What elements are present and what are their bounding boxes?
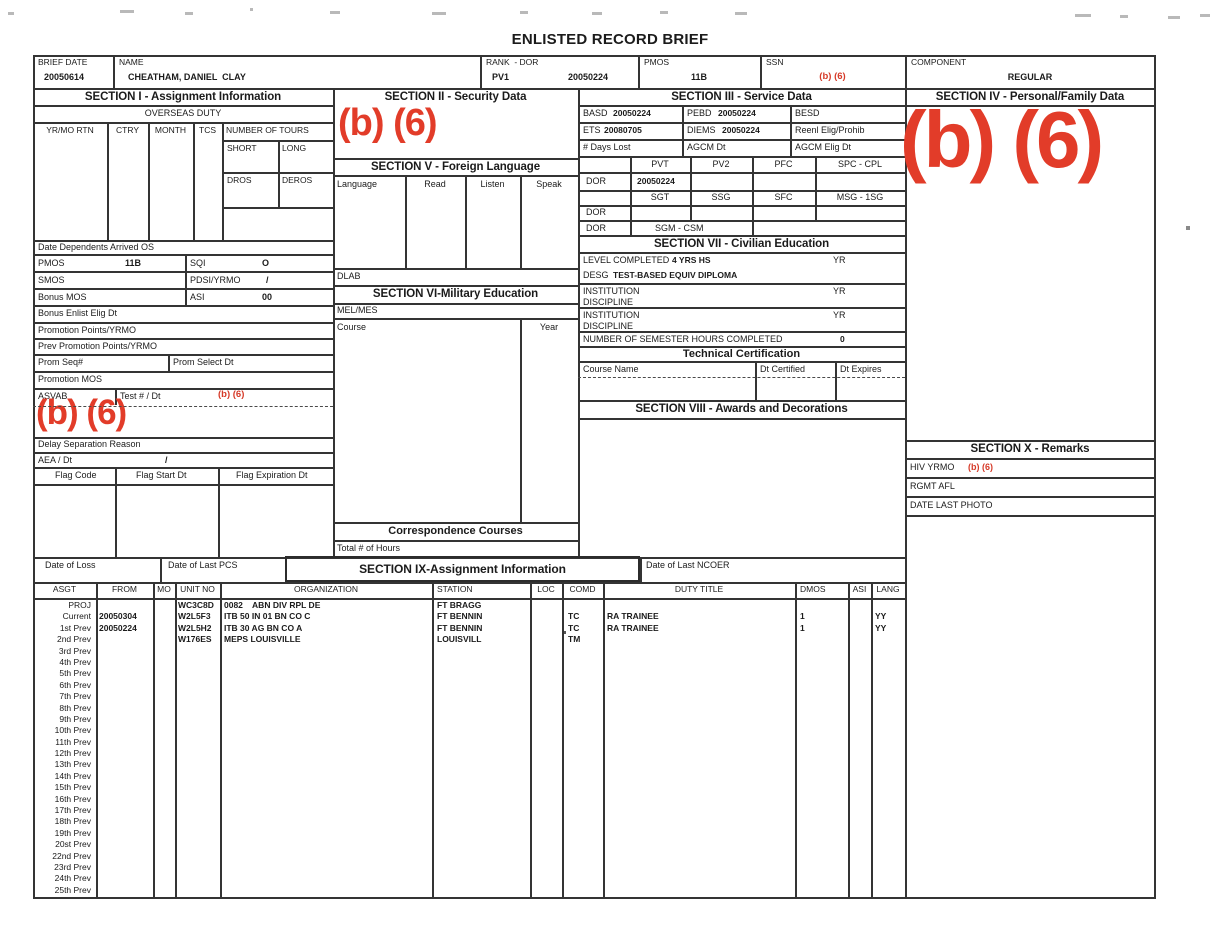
redaction-b6-section1: (b) (6)	[36, 397, 126, 429]
border-line	[848, 582, 850, 898]
discipline2-label: DISCIPLINE	[583, 321, 633, 331]
institution1-label: INSTITUTION	[583, 286, 640, 296]
border-line	[795, 582, 797, 898]
date-last-photo-label: DATE LAST PHOTO	[910, 500, 993, 510]
enlisted-record-brief-document: ENLISTED RECORD BRIEF BRIEF DATE 2005061…	[0, 0, 1213, 942]
lang-col-listen: Listen	[465, 179, 520, 189]
border-line	[33, 406, 333, 407]
border-line	[578, 139, 905, 141]
section10-title: SECTION X - Remarks	[905, 443, 1155, 456]
border-line	[578, 331, 905, 333]
scan-noise	[735, 12, 747, 15]
border-line	[578, 88, 580, 557]
rank-msg-1sg: MSG - 1SG	[815, 192, 905, 202]
border-line	[185, 254, 187, 305]
scan-noise	[1075, 14, 1091, 17]
rank-pv2: PV2	[690, 159, 752, 169]
hiv-redaction: (b) (6)	[968, 462, 993, 472]
ets-value: 20080705	[604, 126, 642, 136]
border-line	[33, 105, 333, 107]
border-line	[578, 418, 905, 420]
border-line	[33, 371, 333, 373]
redaction-b6-section2: (b) (6)	[338, 106, 437, 140]
border-line	[113, 55, 115, 88]
border-line	[33, 288, 333, 290]
redaction-b6-section4: (b) (6)	[900, 104, 1101, 176]
course-name-label: Course Name	[583, 364, 639, 374]
bonus-mos-label: Bonus MOS	[38, 292, 87, 302]
pdsi-label: PDSI/YRMO	[190, 275, 241, 285]
institution2-label: INSTITUTION	[583, 310, 640, 320]
rank-dor-label: RANK - DOR	[486, 58, 538, 68]
tech-cert-title: Technical Certification	[578, 348, 905, 361]
semester-hours-label: NUMBER OF SEMESTER HOURS COMPLETED	[583, 334, 783, 344]
s9-comd-values: TCTCTM	[568, 600, 580, 896]
border-line	[33, 88, 1155, 90]
border-line	[107, 122, 109, 240]
s9-col-lang: LANG	[871, 585, 905, 595]
pmos-label: PMOS	[644, 58, 669, 68]
border-line	[905, 515, 1155, 517]
border-line	[578, 307, 905, 309]
prom-seq-label: Prom Seq#	[38, 357, 83, 367]
s9-asgt-labels: PROJCurrent1st Prev2nd Prev3rd Prev4th P…	[35, 600, 91, 896]
border-line	[33, 467, 333, 469]
border-line	[790, 105, 792, 156]
prom-select-label: Prom Select Dt	[173, 357, 234, 367]
overseas-col-yrmo: YR/MO RTN	[33, 126, 107, 136]
rank-spc-cpl: SPC - CPL	[815, 159, 905, 169]
dlab-label: DLAB	[337, 271, 361, 281]
rank-sfc: SFC	[752, 192, 815, 202]
pmos-value: 11B	[638, 72, 760, 82]
s9-lang-values: YYYY	[875, 600, 886, 896]
border-line	[520, 318, 522, 522]
s9-col-dmos: DMOS	[800, 585, 826, 595]
agcm-elig-label: AGCM Elig Dt	[795, 142, 851, 152]
dor2-label: DOR	[586, 207, 606, 217]
lang-col-speak: Speak	[520, 179, 578, 189]
pebd-value: 20050224	[718, 109, 756, 119]
s9-col-dutytitle: DUTY TITLE	[603, 585, 795, 595]
border-line	[530, 582, 532, 898]
border-line	[33, 55, 1155, 57]
scan-noise	[432, 12, 446, 15]
border-line	[578, 172, 905, 174]
border-line	[480, 55, 482, 88]
border-line	[148, 122, 150, 240]
border-line	[33, 254, 333, 256]
asvab-redaction: (b) (6)	[218, 390, 244, 401]
aea-value: /	[165, 455, 168, 465]
border-line	[222, 207, 333, 209]
smos-label: SMOS	[38, 275, 65, 285]
page-title: ENLISTED RECORD BRIEF	[400, 31, 820, 48]
s1-pmos-value: 11B	[125, 258, 141, 268]
s9-col-asi: ASI	[848, 585, 871, 595]
border-line	[33, 897, 1155, 899]
section1-title: SECTION I - Assignment Information	[33, 91, 333, 104]
date-last-pcs-label: Date of Last PCS	[168, 560, 238, 570]
dor3-label: DOR	[586, 223, 606, 233]
overseas-col-month: MONTH	[148, 126, 193, 136]
scan-noise	[120, 10, 134, 13]
border-line	[96, 582, 98, 898]
date-dependents-label: Date Dependents Arrived OS	[38, 242, 154, 252]
basd-label: BASD	[583, 108, 608, 118]
border-line	[603, 582, 605, 898]
border-line	[578, 220, 905, 222]
border-line	[578, 361, 905, 363]
border-line	[160, 557, 162, 582]
discipline1-label: DISCIPLINE	[583, 297, 633, 307]
diems-value: 20050224	[722, 126, 760, 136]
asi-label: ASI	[190, 292, 205, 302]
brief-date-value: 20050614	[44, 72, 84, 82]
basd-value: 20050224	[613, 109, 651, 119]
border-line	[835, 361, 837, 400]
s9-col-asgt: ASGT	[33, 585, 96, 595]
year-label: Year	[520, 322, 578, 332]
rank-ssg: SSG	[690, 192, 752, 202]
flag-start-label: Flag Start Dt	[136, 470, 187, 480]
border-line	[578, 283, 905, 285]
s9-dutytitle-values: RA TRAINEERA TRAINEE	[607, 600, 659, 896]
s9-dmos-values: 11	[800, 600, 805, 896]
border-line	[333, 158, 578, 160]
rank-value: PV1	[492, 72, 509, 82]
yr-label-2: YR	[833, 286, 846, 296]
besd-label: BESD	[795, 108, 820, 118]
date-last-ncoer-label: Date of Last NCOER	[646, 560, 730, 570]
bonus-enlist-label: Bonus Enlist Elig Dt	[38, 308, 117, 318]
desg-value: TEST-BASED EQUIV DIPLOMA	[613, 271, 737, 281]
border-line	[578, 156, 905, 158]
border-line	[333, 285, 578, 287]
border-line	[220, 582, 222, 898]
border-line	[333, 522, 578, 524]
yr-label-3: YR	[833, 310, 846, 320]
border-line	[153, 582, 155, 898]
border-line	[33, 338, 333, 340]
overseas-col-tours: NUMBER OF TOURS	[226, 126, 309, 136]
semester-hours-value: 0	[840, 335, 845, 345]
ets-label: ETS	[583, 125, 601, 135]
border-line	[905, 477, 1155, 479]
name-value: CHEATHAM, DANIEL CLAY	[128, 72, 246, 82]
s9-col-loc: LOC	[530, 585, 562, 595]
border-line	[432, 582, 434, 898]
border-line	[278, 140, 280, 207]
s9-col-mo: MO	[153, 585, 175, 595]
deros-label: DEROS	[282, 176, 312, 186]
border-line	[33, 388, 333, 390]
prev-promo-points-label: Prev Promotion Points/YRMO	[38, 341, 157, 351]
aea-label: AEA / Dt	[38, 455, 72, 465]
scan-noise	[520, 11, 528, 14]
total-hours-label: Total # of Hours	[337, 543, 400, 553]
border-line	[578, 252, 905, 254]
border-line	[905, 458, 1155, 460]
scan-noise	[330, 11, 340, 14]
border-line	[333, 268, 578, 270]
border-line	[33, 122, 333, 124]
border-line	[905, 440, 1155, 442]
s9-col-station: STATION	[437, 585, 473, 595]
border-line	[578, 400, 905, 402]
rgmt-afl-label: RGMT AFL	[910, 481, 955, 491]
s1-pmos-label: PMOS	[38, 258, 65, 268]
sqi-label: SQI	[190, 258, 206, 268]
border-line	[682, 105, 684, 156]
scan-noise	[592, 12, 602, 15]
ssn-label: SSN	[766, 58, 783, 68]
section7-title: SECTION VII - Civilian Education	[578, 238, 905, 251]
rank-pvt: PVT	[630, 159, 690, 169]
asi-value: 00	[262, 292, 272, 302]
level-completed-value: 4 YRS HS	[672, 256, 711, 266]
scan-noise	[1120, 15, 1128, 18]
s9-col-organization: ORGANIZATION	[220, 585, 432, 595]
border-line	[33, 452, 333, 454]
component-label: COMPONENT	[911, 58, 966, 68]
scan-noise	[1186, 226, 1190, 230]
rank-pfc: PFC	[752, 159, 815, 169]
border-line	[333, 318, 578, 320]
scan-noise	[250, 8, 253, 11]
days-lost-label: # Days Lost	[583, 142, 631, 152]
border-line	[193, 122, 195, 240]
border-line	[168, 354, 170, 371]
border-line	[33, 354, 333, 356]
flag-code-label: Flag Code	[55, 470, 97, 480]
dros-label: DROS	[227, 176, 252, 186]
s9-unitno-values: WC3C8DW2L5F3W2L5H2W176ES	[178, 600, 214, 896]
brief-date-label: BRIEF DATE	[38, 58, 87, 68]
border-line	[218, 467, 220, 557]
tours-long-label: LONG	[282, 144, 306, 154]
agcm-dt-label: AGCM Dt	[687, 142, 726, 152]
level-completed-label: LEVEL COMPLETED	[583, 255, 669, 265]
border-line	[578, 122, 905, 124]
course-label: Course	[337, 322, 366, 332]
border-line	[333, 175, 578, 177]
name-label: NAME	[119, 58, 144, 68]
dor-value: 20050224	[568, 72, 608, 82]
border-line	[871, 582, 873, 898]
correspondence-title: Correspondence Courses	[333, 525, 578, 538]
section9-title: SECTION IX-Assignment Information	[285, 563, 640, 577]
s9-col-unitno: UNIT NO	[175, 585, 220, 595]
border-line	[905, 88, 907, 899]
border-line	[640, 557, 642, 582]
border-line	[905, 496, 1155, 498]
desg-label: DESG	[583, 270, 609, 280]
promo-points-label: Promotion Points/YRMO	[38, 325, 136, 335]
flag-exp-label: Flag Expiration Dt	[236, 470, 308, 480]
border-line	[755, 361, 757, 400]
s9-col-comd: COMD	[562, 585, 603, 595]
scan-noise	[1168, 16, 1180, 19]
border-line	[175, 582, 177, 898]
ssn-redaction: (b) (6)	[760, 72, 905, 83]
border-line	[33, 305, 333, 307]
dor1-label: DOR	[586, 176, 606, 186]
border-line	[333, 540, 578, 542]
border-line	[33, 271, 333, 273]
s9-organization-values: 0082 ABN DIV RPL DEITB 50 IN 01 BN CO CI…	[224, 600, 320, 896]
border-line	[578, 377, 905, 378]
promotion-mos-label: Promotion MOS	[38, 374, 102, 384]
delay-sep-label: Delay Separation Reason	[38, 439, 141, 449]
s9-col-from: FROM	[96, 585, 153, 595]
diems-label: DIEMS	[687, 125, 716, 135]
border-line	[33, 484, 333, 486]
scan-noise	[8, 12, 14, 15]
pdsi-value: /	[266, 275, 269, 285]
hiv-yrmo-label: HIV YRMO	[910, 462, 954, 472]
lang-col-read: Read	[405, 179, 465, 189]
section6-title: SECTION VI-Military Education	[333, 288, 578, 301]
date-of-loss-label: Date of Loss	[45, 560, 96, 570]
rank-sgt: SGT	[630, 192, 690, 202]
tours-short-label: SHORT	[227, 144, 257, 154]
yr-label-1: YR	[833, 255, 846, 265]
overseas-col-tcs: TCS	[193, 126, 222, 136]
reenl-label: Reenl Elig/Prohib	[795, 125, 865, 135]
scan-noise	[1200, 14, 1210, 17]
pebd-label: PEBD	[687, 108, 712, 118]
mel-mes-label: MEL/MES	[337, 305, 378, 315]
scan-noise	[660, 11, 668, 14]
section5-title: SECTION V - Foreign Language	[333, 161, 578, 174]
s9-station-values: FT BRAGGFT BENNINFT BENNINLOUISVILL	[437, 600, 482, 896]
sgm-csm-label: SGM - CSM	[655, 223, 704, 233]
component-value: REGULAR	[905, 72, 1155, 82]
border-line	[115, 467, 117, 557]
s9-from-values: 2005030420050224	[99, 600, 137, 896]
scan-noise	[185, 12, 193, 15]
border-line	[578, 205, 905, 207]
border-line	[33, 322, 333, 324]
border-line	[578, 105, 905, 107]
section8-title: SECTION VIII - Awards and Decorations	[578, 403, 905, 416]
lang-col-language: Language	[337, 179, 377, 189]
dt-expires-label: Dt Expires	[840, 364, 882, 374]
dt-certified-label: Dt Certified	[760, 364, 805, 374]
border-line	[578, 235, 905, 237]
sqi-value: O	[262, 258, 269, 268]
overseas-duty-title: OVERSEAS DUTY	[33, 108, 333, 118]
section3-title: SECTION III - Service Data	[578, 91, 905, 104]
border-line	[562, 582, 564, 898]
dor1-value: 20050224	[637, 177, 675, 187]
overseas-col-ctry: CTRY	[107, 126, 148, 136]
